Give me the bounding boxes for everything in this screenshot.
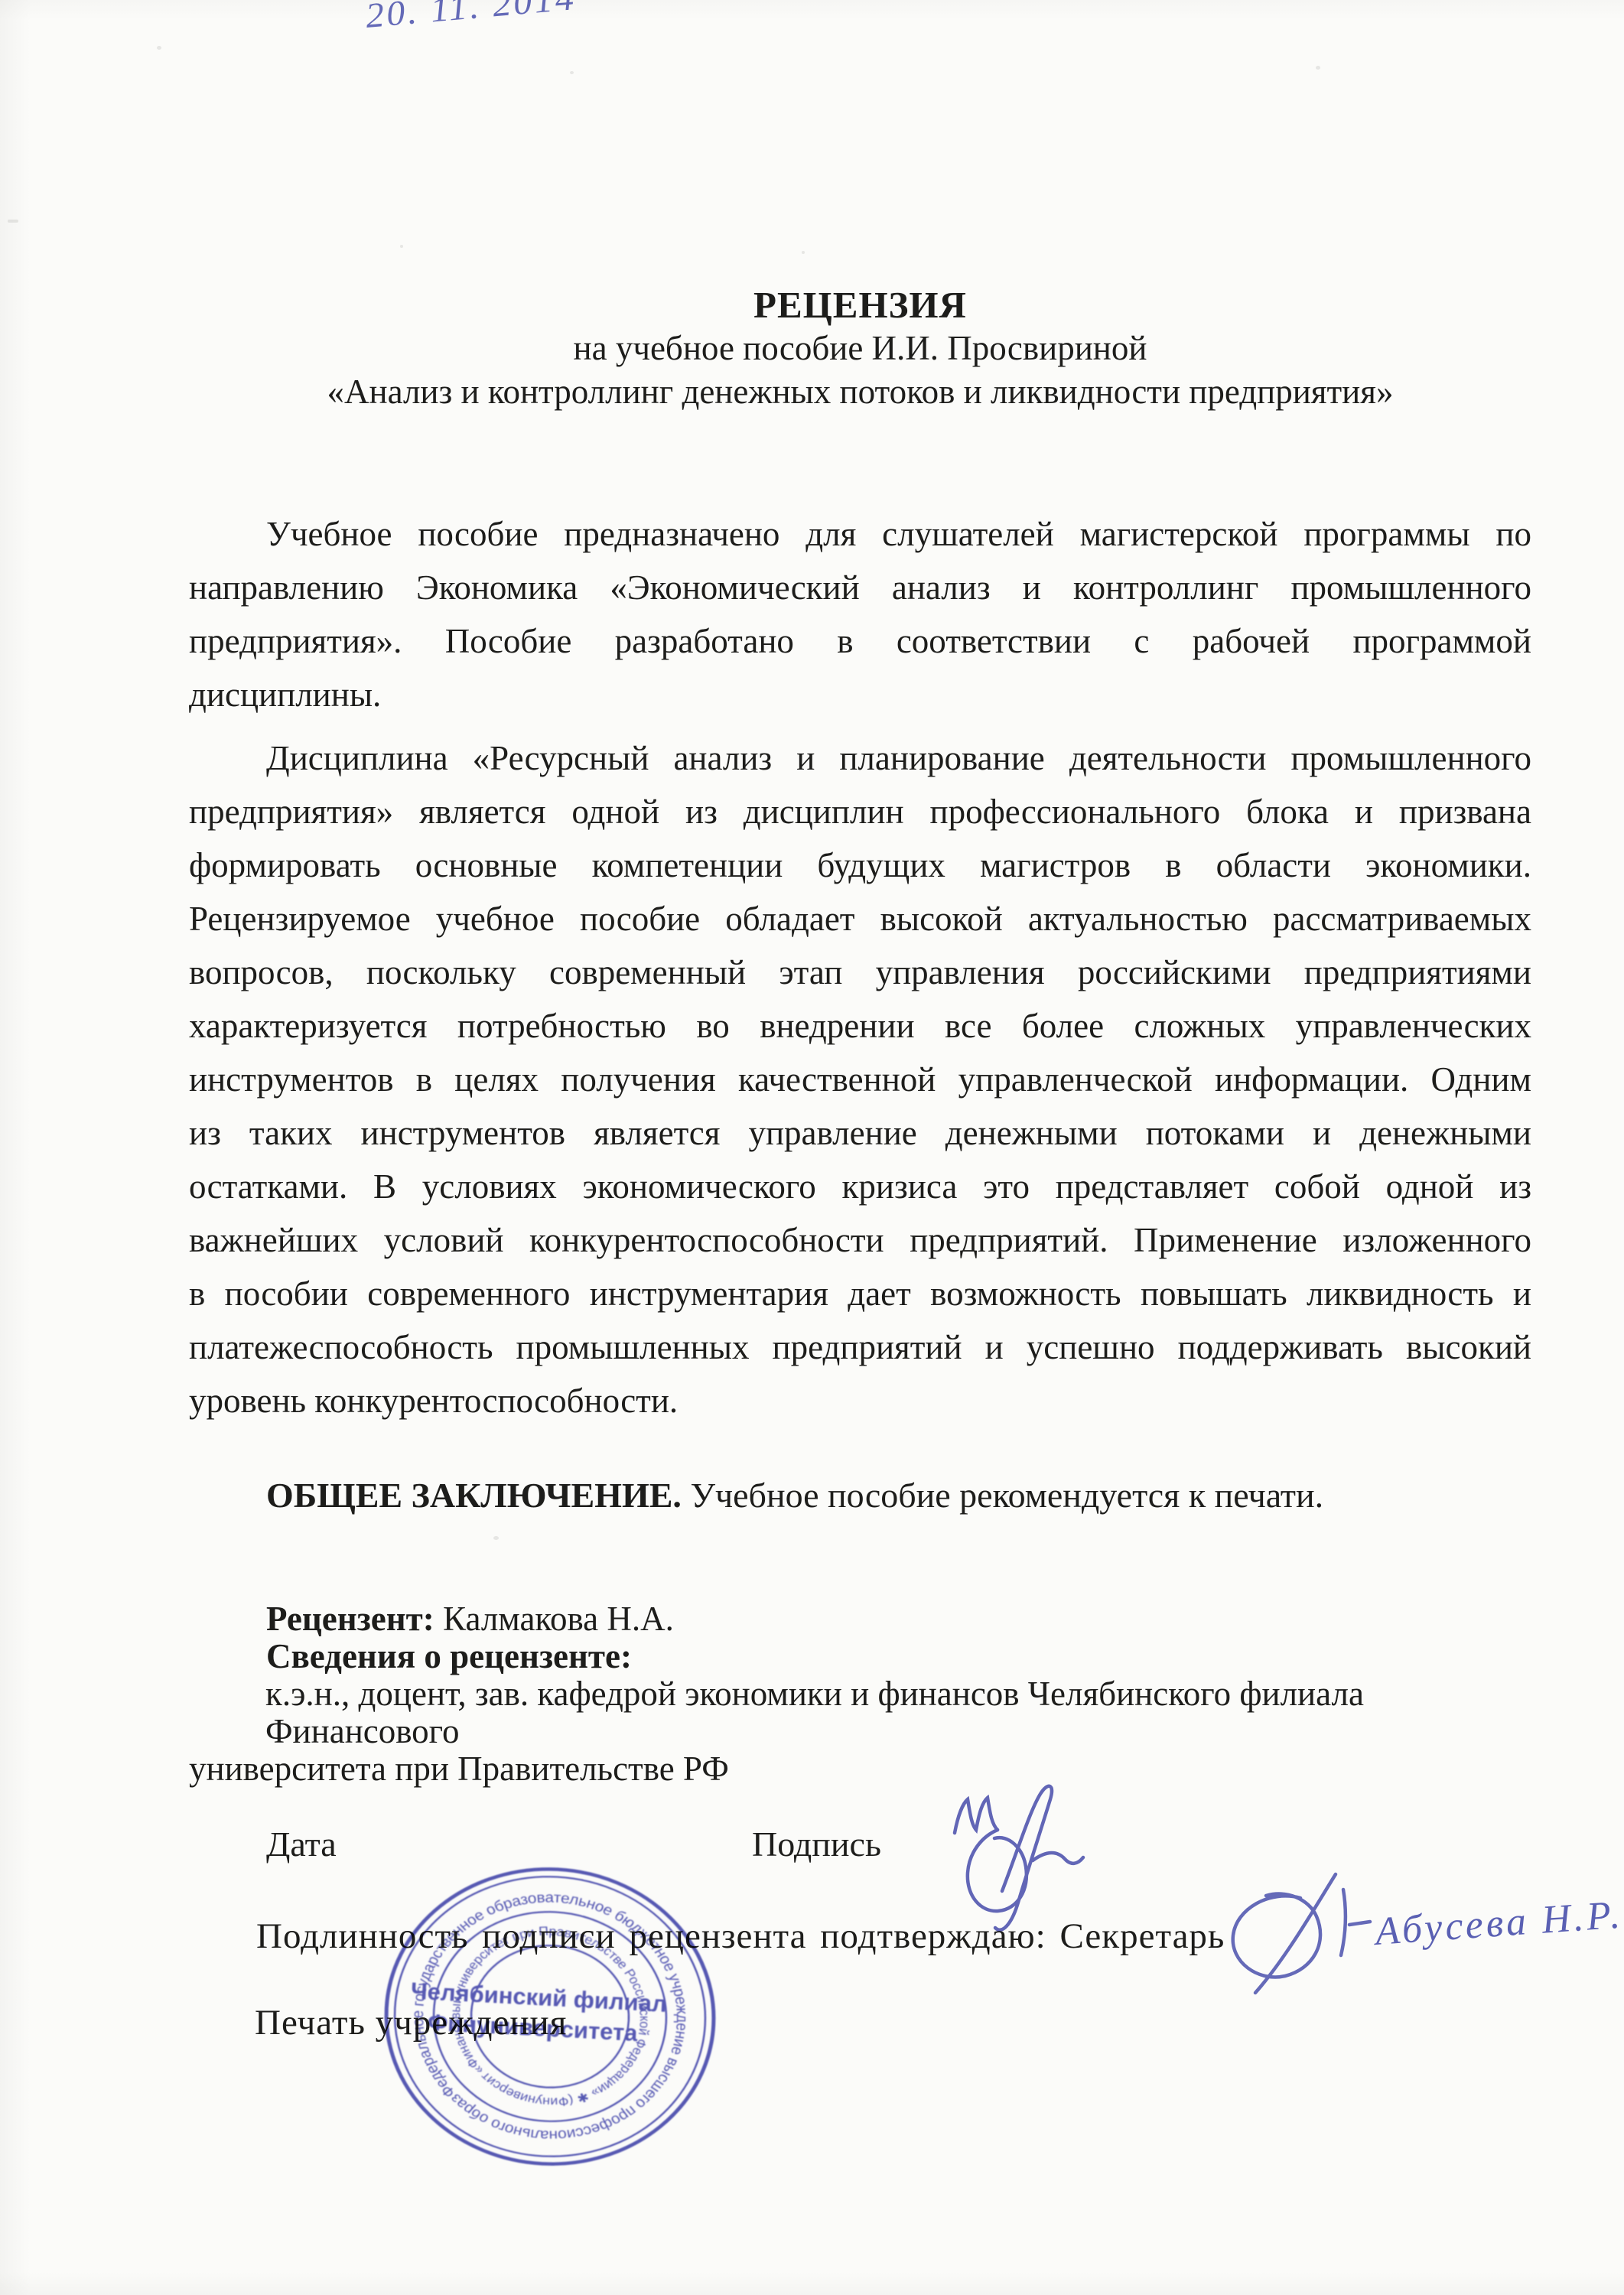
- institution-stamp: Федеральное государственное образователь…: [375, 1851, 727, 2188]
- body-paragraph-2: Дисциплина «Ресурсный анализ и планирова…: [189, 731, 1531, 1427]
- body-line: вопросов, поскольку современный этап упр…: [189, 946, 1531, 999]
- body-line: остатками. В условиях экономического кри…: [189, 1160, 1531, 1213]
- body-line: предприятия» является одной из дисциплин…: [189, 785, 1531, 838]
- reviewer-block: Рецензент: Калмакова Н.А. Сведения о рец…: [189, 1600, 1566, 1788]
- body-line: уровень конкурентоспособности.: [189, 1374, 1531, 1427]
- paper-speck: [1316, 66, 1320, 70]
- body-line: в пособии современного инструментария да…: [189, 1267, 1531, 1320]
- body-line: инструментов в целях получения качествен…: [189, 1053, 1531, 1106]
- paper-speck: [400, 245, 403, 248]
- conclusion-line: ОБЩЕЕ ЗАКЛЮЧЕНИЕ. Учебное пособие рекоме…: [189, 1469, 1531, 1522]
- subtitle-line-2: «Анализ и контроллинг денежных потоков и…: [189, 370, 1531, 414]
- date-label: Дата: [266, 1824, 337, 1865]
- conclusion-label: ОБЩЕЕ ЗАКЛЮЧЕНИЕ.: [266, 1476, 682, 1515]
- body-line: направлению Экономика «Экономический ана…: [189, 561, 1531, 614]
- reviewer-label: Рецензент:: [266, 1600, 434, 1638]
- body-line: характеризуется потребностью во внедрени…: [189, 999, 1531, 1053]
- body-line: дисциплины.: [189, 668, 1531, 721]
- handwritten-date: 20. 11. 2014: [364, 0, 578, 36]
- body-line: платежеспособность промышленных предприя…: [189, 1320, 1531, 1374]
- reviewer-info-line: к.э.н., доцент, зав. кафедрой экономики …: [189, 1675, 1566, 1750]
- body-line: формировать основные компетенции будущих…: [189, 838, 1531, 892]
- body-line: Рецензируемое учебное пособие обладает в…: [189, 892, 1531, 946]
- secretary-signature-name: Абусева Н.Р.: [1374, 1892, 1624, 1954]
- subtitle-line-1: на учебное пособие И.И. Просвириной: [189, 327, 1531, 370]
- body-line: важнейших условий конкурентоспособности …: [189, 1213, 1531, 1267]
- date-signature-row: Дата Подпись: [0, 1824, 1624, 1870]
- paper-speck: [8, 220, 18, 223]
- secretary-signature-flourish: [1220, 1867, 1381, 2004]
- scanned-review-document: РЕЦЕНЗИЯ на учебное пособие И.И. Просвир…: [0, 0, 1624, 2295]
- paper-speck: [493, 1536, 499, 1540]
- page-title: РЕЦЕНЗИЯ: [189, 283, 1531, 327]
- reviewer-info-heading: Сведения о рецензенте:: [189, 1638, 1566, 1675]
- reviewer-signature: [937, 1779, 1105, 1955]
- document-heading: РЕЦЕНЗИЯ на учебное пособие И.И. Просвир…: [189, 283, 1531, 414]
- signature-label: Подпись: [752, 1824, 881, 1865]
- paper-speck: [570, 71, 574, 74]
- conclusion-text: Учебное пособие рекомендуется к печати.: [690, 1476, 1323, 1515]
- paper-speck: [802, 251, 805, 254]
- body-line: Дисциплина «Ресурсный анализ и планирова…: [189, 731, 1531, 785]
- reviewer-info-line: университета при Правительстве РФ: [189, 1750, 1566, 1788]
- body-line: из таких инструментов является управлени…: [189, 1106, 1531, 1160]
- body-line: предприятия». Пособие разработано в соот…: [189, 614, 1531, 668]
- paper-speck: [157, 46, 161, 50]
- reviewer-name: Калмакова Н.А.: [443, 1600, 674, 1638]
- body-paragraph-1: Учебное пособие предназначено для слушат…: [189, 507, 1531, 721]
- body-line: Учебное пособие предназначено для слушат…: [189, 507, 1531, 561]
